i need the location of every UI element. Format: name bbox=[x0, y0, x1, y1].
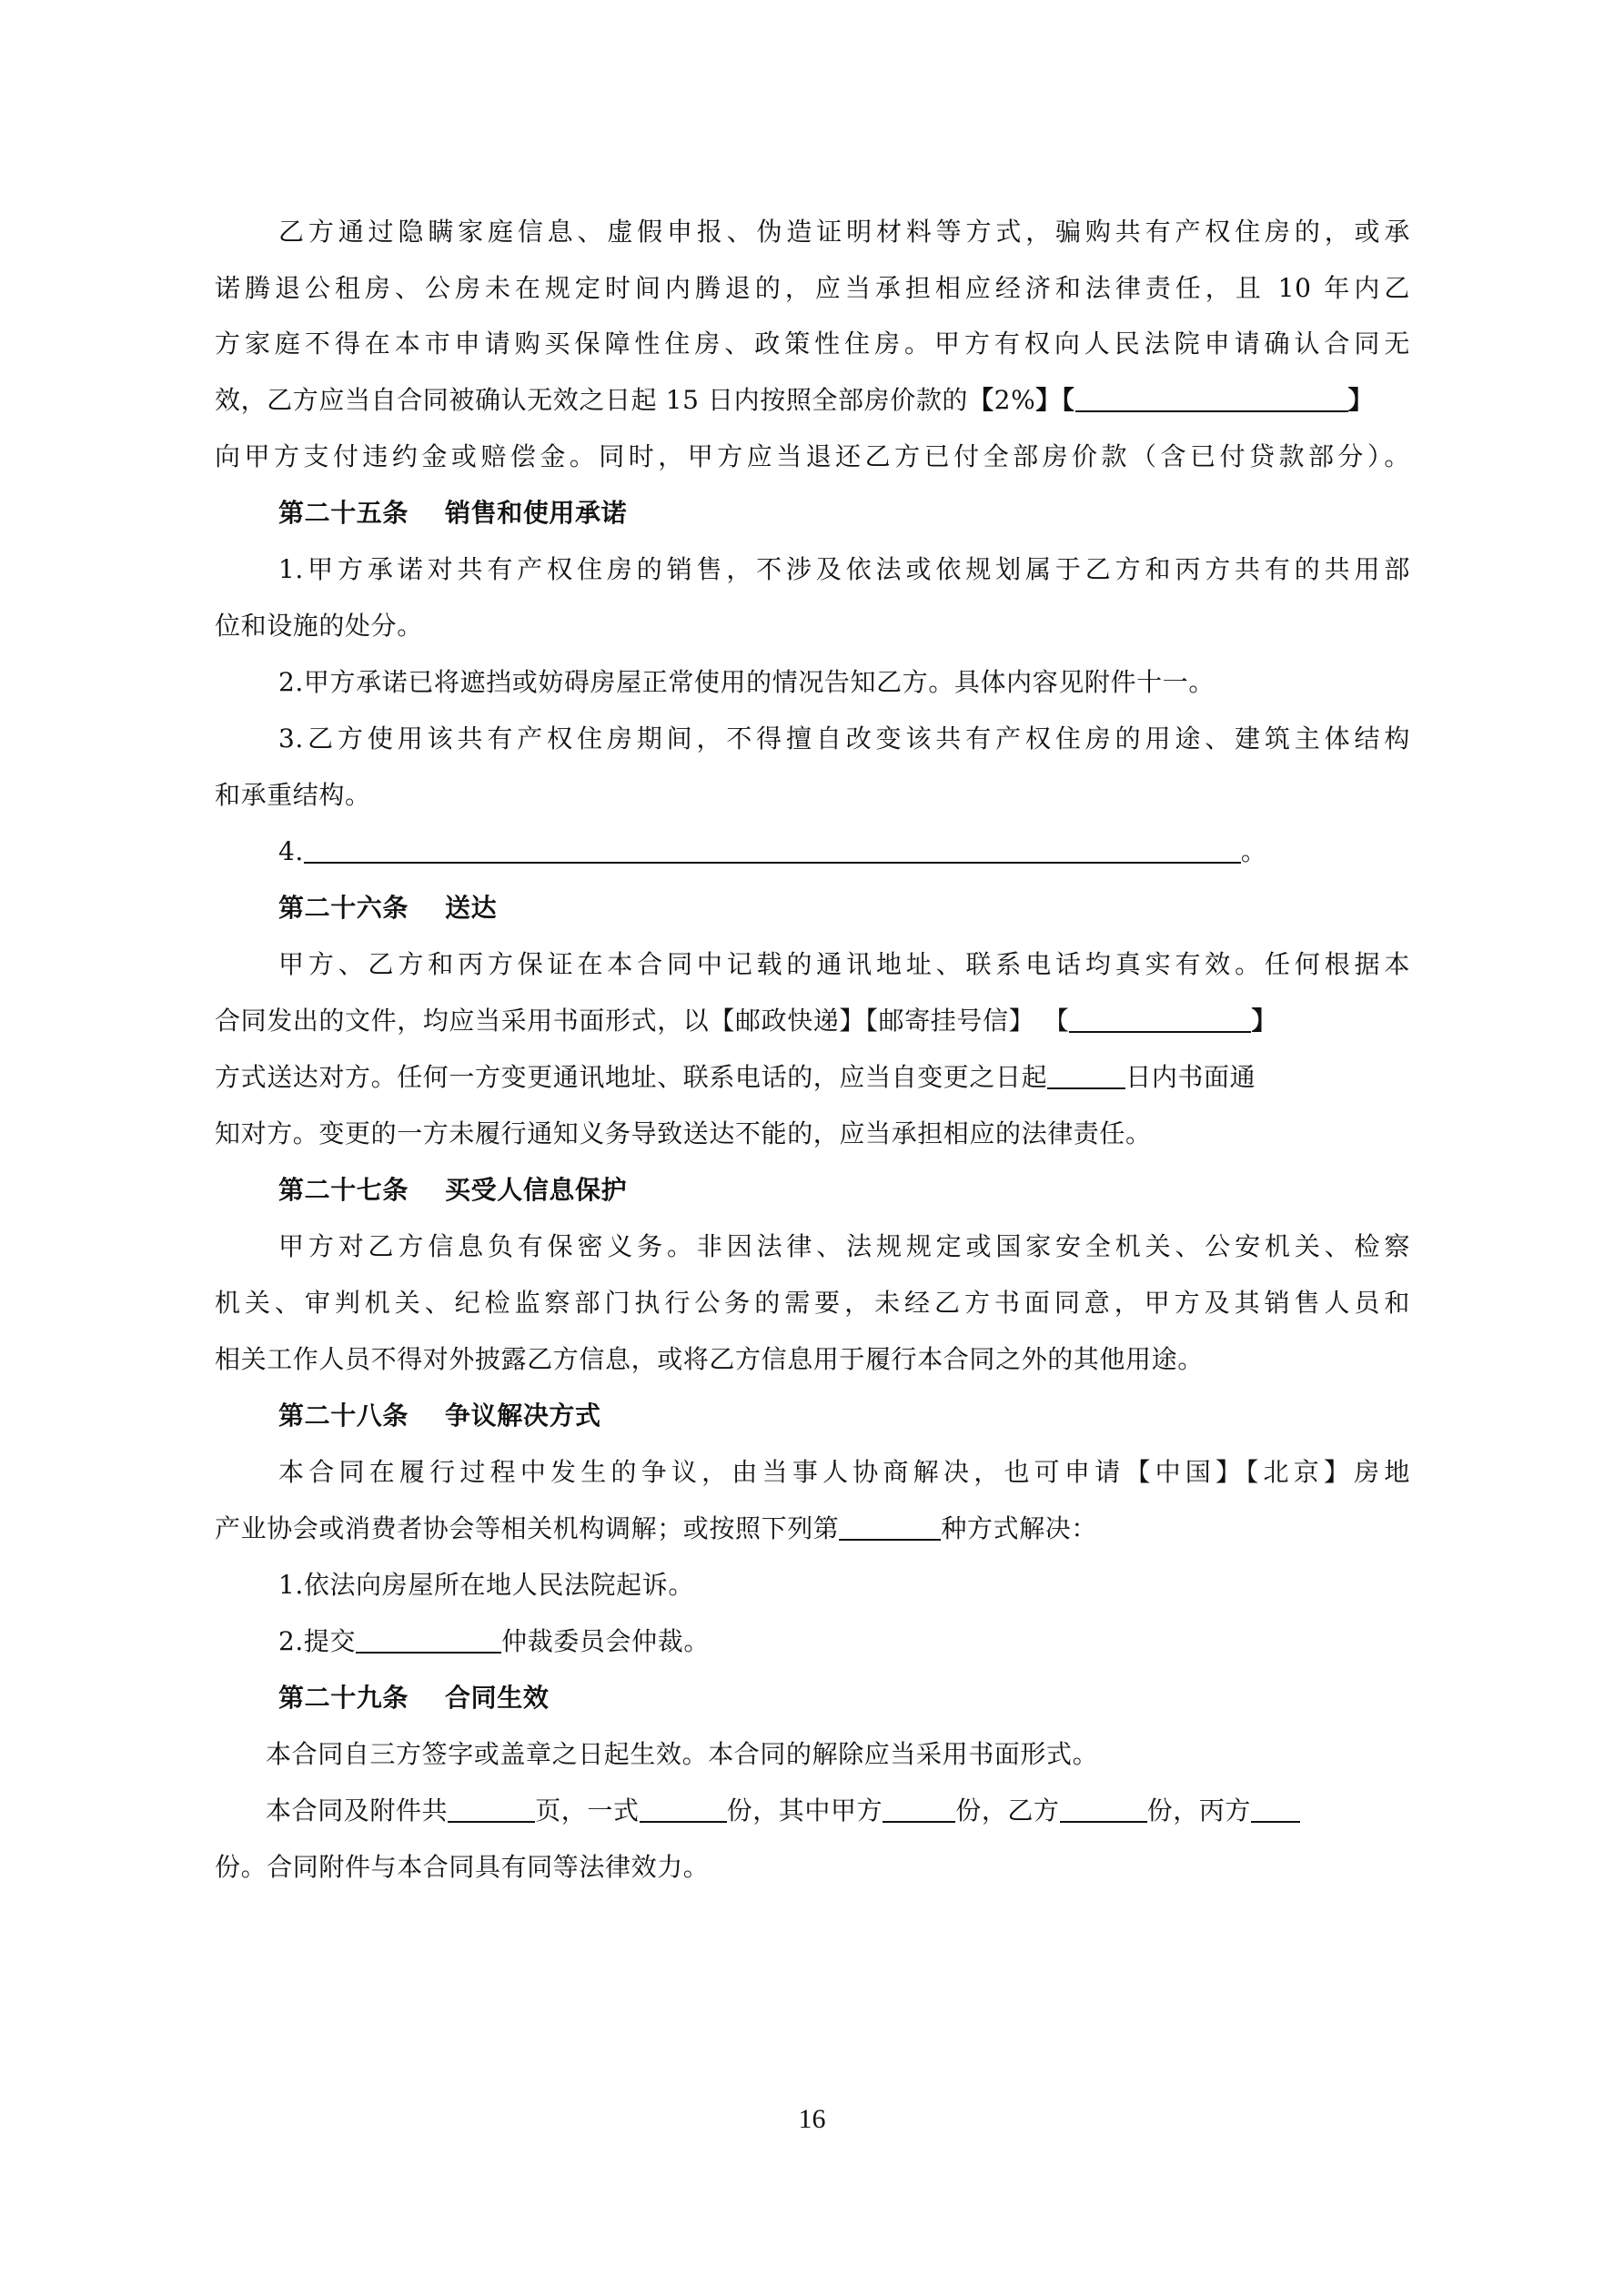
paragraph-line-with-blank: 方式送达对方。任何一方变更通讯地址、联系电话的，应当自变更之日起日内书面通 bbox=[215, 1059, 1410, 1096]
delivery-method-blank-field[interactable] bbox=[1069, 1004, 1251, 1033]
paragraph-text: 种方式解决： bbox=[941, 1513, 1097, 1543]
list-item-blank: 4.。 bbox=[278, 834, 1410, 870]
notice-days-blank-field[interactable] bbox=[1047, 1060, 1125, 1089]
paragraph-line: 乙方通过隐瞒家庭信息、虚假申报、伪造证明材料等方式，骗购共有产权住房的，或承 bbox=[278, 214, 1410, 250]
paragraph-line: 向甲方支付违约金或赔偿金。同时，甲方应当退还乙方已付全部房价款（含已付贷款部分）… bbox=[215, 439, 1410, 475]
paragraph-line-with-blank: 效，乙方应当自合同被确认无效之日起 15 日内按照全部房价款的【2%】【】 bbox=[215, 382, 1410, 419]
paragraph-text: 份，其中甲方 bbox=[727, 1795, 883, 1826]
article-number: 第二十八条 bbox=[278, 1401, 409, 1431]
paragraph-text: 本合同及附件共 bbox=[266, 1795, 448, 1826]
penalty-rate-blank-field[interactable] bbox=[1075, 383, 1348, 412]
paragraph-line: 甲方对乙方信息负有保密义务。非因法律、法规规定或国家安全机关、公安机关、检察 bbox=[278, 1229, 1410, 1265]
paragraph-text: 效，乙方应当自合同被确认无效之日起 15 日内按照全部房价款的 bbox=[215, 385, 968, 415]
page-count-blank-field[interactable] bbox=[448, 1794, 535, 1823]
arbitration-committee-blank-field[interactable] bbox=[356, 1624, 501, 1654]
bracket-close: 】 bbox=[1251, 1006, 1277, 1036]
list-item-text: 仲裁委员会仲裁。 bbox=[501, 1626, 710, 1656]
copy-count-blank-field[interactable] bbox=[640, 1794, 727, 1823]
paragraph-text: 日内书面通 bbox=[1125, 1062, 1256, 1092]
article-26-heading: 第二十六条送达 bbox=[278, 890, 1474, 926]
bracket-open: 【 bbox=[968, 385, 994, 415]
period: 。 bbox=[1241, 836, 1267, 866]
paragraph-line: 机关、审判机关、纪检监察部门执行公务的需要，未经乙方书面同意，甲方及其销售人员和 bbox=[215, 1285, 1410, 1321]
paragraph-line: 诺腾退公租房、公房未在规定时间内腾退的，应当承担相应经济和法律责任，且 10 年… bbox=[215, 270, 1410, 307]
list-item: 2.甲方承诺已将遮挡或妨碍房屋正常使用的情况告知乙方。具体内容见附件十一。 bbox=[278, 664, 1410, 701]
party-a-copies-blank-field[interactable] bbox=[883, 1794, 955, 1823]
page-number: 16 bbox=[0, 2104, 1624, 2135]
paragraph-text: 份，乙方 bbox=[955, 1795, 1059, 1826]
list-item-continuation: 和承重结构。 bbox=[215, 777, 1410, 814]
party-b-copies-blank-field[interactable] bbox=[1060, 1794, 1147, 1823]
list-item-with-blank: 2.提交仲裁委员会仲裁。 bbox=[278, 1623, 1410, 1660]
list-item: 1.甲方承诺对共有产权住房的销售，不涉及依法或依规划属于乙方和丙方共有的共用部 bbox=[278, 551, 1410, 588]
paragraph-line-with-blank: 合同发出的文件，均应当采用书面形式，以【邮政快递】【邮寄挂号信】 【】 bbox=[215, 1003, 1410, 1039]
paragraph-line-with-blanks: 本合同及附件共页，一式份，其中甲方份，乙方份，丙方 bbox=[266, 1793, 1410, 1829]
contract-page: 乙方通过隐瞒家庭信息、虚假申报、伪造证明材料等方式，骗购共有产权住房的，或承 诺… bbox=[0, 0, 1624, 2296]
paragraph-line: 本合同在履行过程中发生的争议，由当事人协商解决，也可申请【中国】【北京】房地 bbox=[278, 1454, 1410, 1491]
paragraph-text: 产业协会或消费者协会等相关机构调解；或按照下列第 bbox=[215, 1513, 839, 1543]
list-item: 3.乙方使用该共有产权住房期间，不得擅自改变该共有产权住房的用途、建筑主体结构 bbox=[278, 721, 1410, 757]
list-item-text: 2.提交 bbox=[278, 1626, 356, 1656]
article-title: 合同生效 bbox=[445, 1683, 549, 1713]
bracket-close: 】 bbox=[1035, 385, 1062, 415]
article-25-heading: 第二十五条销售和使用承诺 bbox=[278, 495, 1474, 531]
article-28-heading: 第二十八条争议解决方式 bbox=[278, 1398, 1474, 1434]
article-title: 争议解决方式 bbox=[445, 1401, 601, 1431]
dispute-method-blank-field[interactable] bbox=[839, 1512, 941, 1541]
paragraph-line: 知对方。变更的一方未履行通知义务导致送达不能的，应当承担相应的法律责任。 bbox=[215, 1116, 1410, 1152]
party-c-copies-blank-field[interactable] bbox=[1251, 1794, 1300, 1823]
bracket-close: 】 bbox=[1348, 385, 1375, 415]
paragraph-line: 甲方、乙方和丙方保证在本合同中记载的通讯地址、联系电话均真实有效。任何根据本 bbox=[278, 946, 1410, 983]
list-item-continuation: 位和设施的处分。 bbox=[215, 608, 1410, 644]
article-number: 第二十五条 bbox=[278, 498, 409, 528]
paragraph-line-with-blank: 产业协会或消费者协会等相关机构调解；或按照下列第种方式解决： bbox=[215, 1511, 1410, 1547]
paragraph-text: 份，丙方 bbox=[1147, 1795, 1251, 1826]
article-title: 送达 bbox=[445, 893, 497, 923]
paragraph-text: 方式送达对方。任何一方变更通讯地址、联系电话的，应当自变更之日起 bbox=[215, 1062, 1047, 1092]
paragraph-line: 相关工作人员不得对外披露乙方信息，或将乙方信息用于履行本合同之外的其他用途。 bbox=[215, 1341, 1410, 1378]
paragraph-text: 页，一式 bbox=[535, 1795, 639, 1826]
article-27-heading: 第二十七条买受人信息保护 bbox=[278, 1172, 1474, 1209]
paragraph-text: 合同发出的文件，均应当采用书面形式，以【邮政快递】【邮寄挂号信】 【 bbox=[215, 1006, 1069, 1036]
article-title: 销售和使用承诺 bbox=[445, 498, 627, 528]
article-number: 第二十七条 bbox=[278, 1175, 409, 1205]
article-number: 第二十九条 bbox=[278, 1683, 409, 1713]
list-item: 1.依法向房屋所在地人民法院起诉。 bbox=[278, 1567, 1410, 1603]
paragraph-line: 份。合同附件与本合同具有同等法律效力。 bbox=[215, 1849, 1410, 1886]
paragraph-line: 本合同自三方签字或盖章之日起生效。本合同的解除应当采用书面形式。 bbox=[266, 1736, 1410, 1773]
list-item-number: 4. bbox=[278, 836, 304, 866]
article-number: 第二十六条 bbox=[278, 893, 409, 923]
paragraph-line: 方家庭不得在本市申请购买保障性住房、政策性住房。甲方有权向人民法院申请确认合同无 bbox=[215, 326, 1410, 362]
penalty-rate-option: 2% bbox=[994, 385, 1036, 415]
bracket-open: 【 bbox=[1062, 385, 1075, 415]
commitment-4-blank-field[interactable] bbox=[304, 834, 1241, 864]
article-29-heading: 第二十九条合同生效 bbox=[278, 1680, 1474, 1716]
article-title: 买受人信息保护 bbox=[445, 1175, 627, 1205]
